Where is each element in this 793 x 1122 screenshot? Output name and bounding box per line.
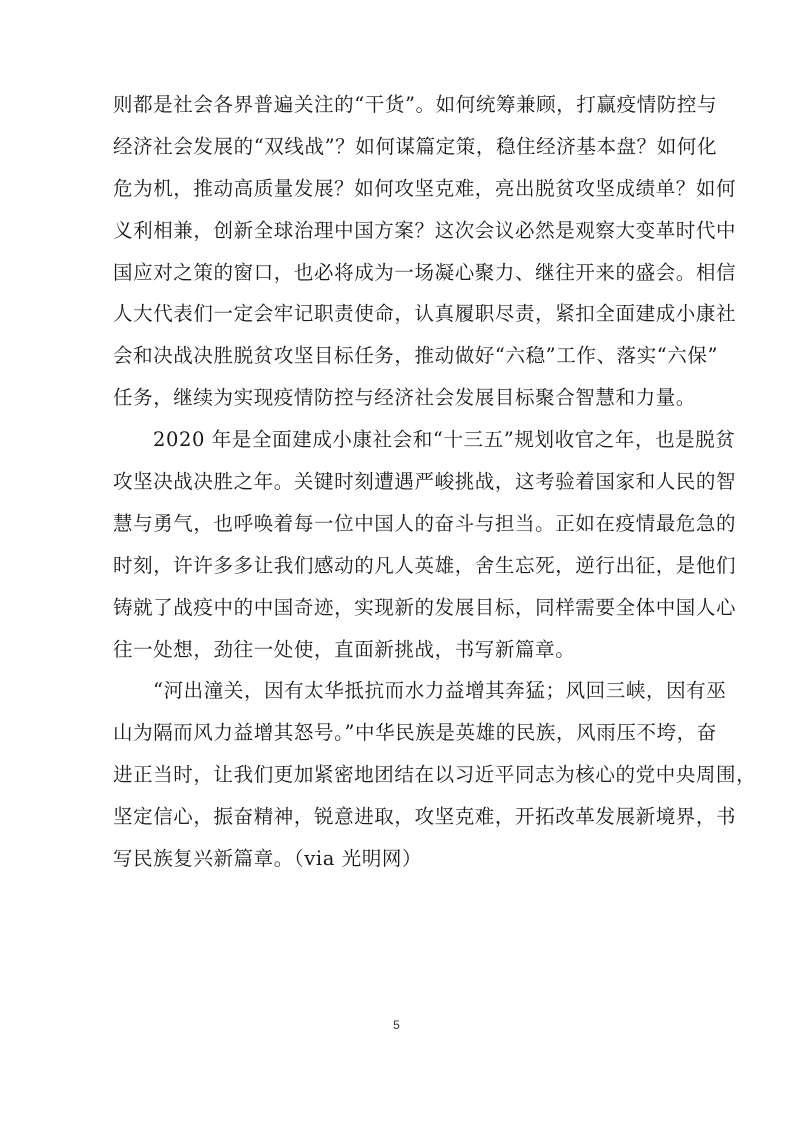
text-line: 则都是社会各界普遍关注的“干货”。如何统筹兼顾，打赢疫情防控与 (113, 84, 685, 126)
text-line: 铸就了战疫中的中国奇迹，实现新的发展目标，同样需要全体中国人心 (113, 587, 685, 629)
text-line: 人大代表们一定会牢记职责使命，认真履职尽责，紧扣全面建成小康社 (113, 293, 685, 335)
text-line: 进正当时，让我们更加紧密地团结在以习近平同志为核心的党中央周围， (113, 754, 685, 796)
text-line: 坚定信心，振奋精神，锐意进取，攻坚克难，开拓改革发展新境界，书 (113, 796, 685, 838)
text-line: 经济社会发展的“双线战”？如何谋篇定策，稳住经济基本盘？如何化 (113, 126, 685, 168)
page-number: 5 (0, 1018, 793, 1032)
text-line: 任务，继续为实现疫情防控与经济社会发展目标聚合智慧和力量。 (113, 377, 685, 419)
text-line: 会和决战决胜脱贫攻坚目标任务，推动做好“六稳”工作、落实“六保” (113, 335, 685, 377)
text-line: 义利相兼，创新全球治理中国方案？这次会议必然是观察大变革时代中 (113, 210, 685, 252)
text-line: 往一处想，劲往一处使，直面新挑战，书写新篇章。 (113, 629, 685, 671)
body-text: 则都是社会各界普遍关注的“干货”。如何统筹兼顾，打赢疫情防控与 经济社会发展的“… (113, 84, 685, 880)
document-page: 则都是社会各界普遍关注的“干货”。如何统筹兼顾，打赢疫情防控与 经济社会发展的“… (0, 0, 793, 1122)
text-line: 危为机，推动高质量发展？如何攻坚克难，亮出脱贫攻坚成绩单？如何 (113, 168, 685, 210)
text-line: 攻坚决战决胜之年。关键时刻遭遇严峻挑战，这考验着国家和人民的智 (113, 461, 685, 503)
text-line: 慧与勇气，也呼唤着每一位中国人的奋斗与担当。正如在疫情最危急的 (113, 503, 685, 545)
paragraph-start-line: “河出潼关，因有太华抵抗而水力益增其奔猛；风回三峡，因有巫 (113, 670, 685, 712)
text-line: 山为隔而风力益增其怒号。”中华民族是英雄的民族，风雨压不垮，奋 (113, 712, 685, 754)
text-line: 时刻，许许多多让我们感动的凡人英雄，舍生忘死，逆行出征，是他们 (113, 545, 685, 587)
paragraph-start-line: 2020 年是全面建成小康社会和“十三五”规划收官之年，也是脱贫 (113, 419, 685, 461)
text-line: 国应对之策的窗口，也必将成为一场凝心聚力、继往开来的盛会。相信 (113, 252, 685, 294)
text-line: 写民族复兴新篇章。（via 光明网） (113, 838, 685, 880)
